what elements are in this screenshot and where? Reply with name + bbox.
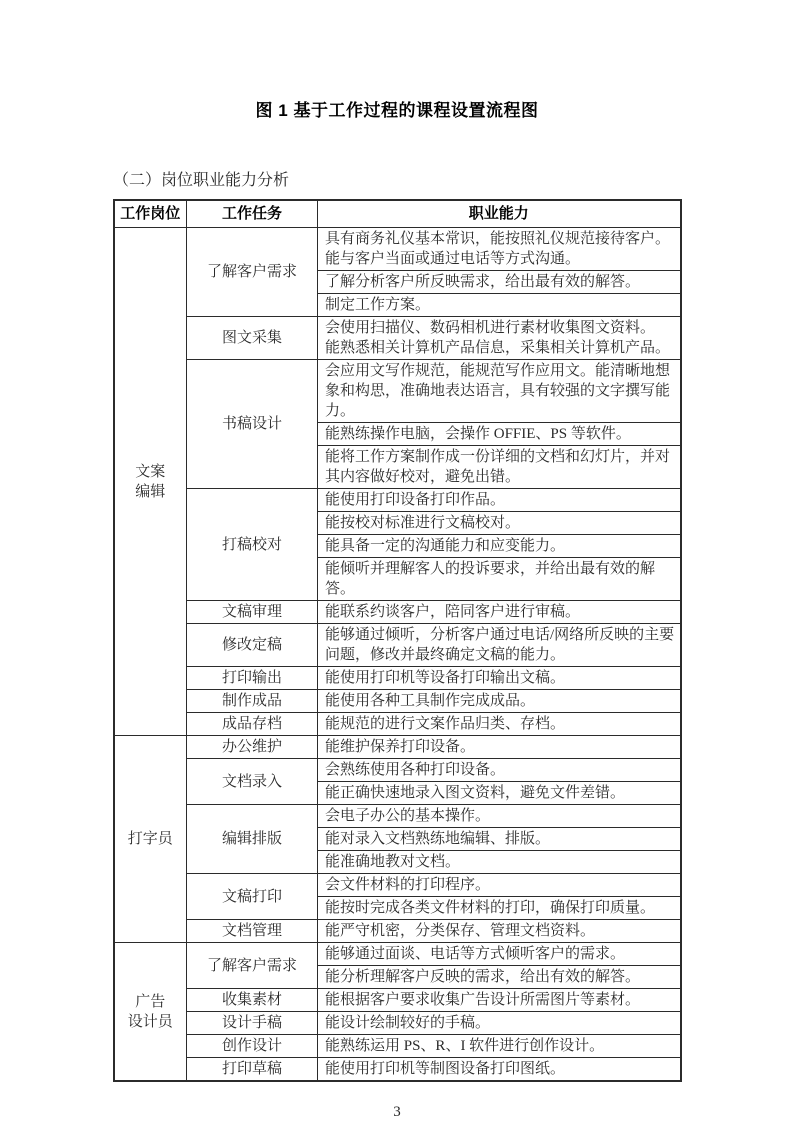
task-cell: 创作设计 (187, 1035, 318, 1058)
ability-cell: 具有商务礼仪基本常识，能按照礼仪规范接待客户。能与客户当面或通过电话等方式沟通。 (318, 228, 681, 271)
table-header-row: 工作岗位 工作任务 职业能力 (114, 200, 681, 228)
ability-cell: 能够通过倾听，分析客户通过电话/网络所反映的主要问题，修改并最终确定文稿的能力。 (318, 624, 681, 667)
task-cell: 成品存档 (187, 713, 318, 736)
figure-caption: 图 1 基于工作过程的课程设置流程图 (0, 0, 794, 121)
document-page: 图 1 基于工作过程的课程设置流程图 （二）岗位职业能力分析 工作岗位 工作任务… (0, 0, 794, 1123)
task-cell: 收集素材 (187, 989, 318, 1012)
ability-cell: 能倾听并理解客人的投诉要求，并给出最有效的解 答。 (318, 558, 681, 601)
col-header-task: 工作任务 (187, 200, 318, 228)
task-cell: 图文采集 (187, 317, 318, 360)
col-header-position: 工作岗位 (114, 200, 187, 228)
table-row: 书稿设计会应用文写作规范，能规范写作应用文。能清晰地想象和构思，准确地表达语言，… (114, 360, 681, 423)
table-row: 文稿审理能联系约谈客户，陪同客户进行审稿。 (114, 601, 681, 624)
ability-cell: 能正确快速地录入图文资料，避免文件差错。 (318, 782, 681, 805)
table-row: 文档录入会熟练使用各种打印设备。 (114, 759, 681, 782)
task-cell: 文档录入 (187, 759, 318, 805)
table-row: 收集素材能根据客户要求收集广告设计所需图片等素材。 (114, 989, 681, 1012)
ability-cell: 能维护保养打印设备。 (318, 736, 681, 759)
ability-cell: 能使用打印机等设备打印输出文稿。 (318, 667, 681, 690)
ability-cell: 能对录入文档熟练地编辑、排版。 (318, 828, 681, 851)
position-cell: 广告 设计员 (114, 943, 187, 1082)
ability-cell: 能按时完成各类文件材料的打印，确保打印质量。 (318, 897, 681, 920)
task-cell: 了解客户需求 (187, 228, 318, 317)
table-row: 广告 设计员了解客户需求能够通过面谈、电话等方式倾听客户的需求。 (114, 943, 681, 966)
ability-cell: 能熟练运用 PS、R、I 软件进行创作设计。 (318, 1035, 681, 1058)
ability-cell: 能够通过面谈、电话等方式倾听客户的需求。 (318, 943, 681, 966)
ability-cell: 能设计绘制较好的手稿。 (318, 1012, 681, 1035)
table-body: 文案 编辑了解客户需求具有商务礼仪基本常识，能按照礼仪规范接待客户。能与客户当面… (114, 228, 681, 1082)
table-row: 打印草稿能使用打印机等制图设备打印图纸。 (114, 1058, 681, 1082)
ability-cell: 能按校对标准进行文稿校对。 (318, 512, 681, 535)
ability-cell: 能熟练操作电脑，会操作 OFFIE、PS 等软件。 (318, 423, 681, 446)
ability-cell: 会应用文写作规范，能规范写作应用文。能清晰地想象和构思，准确地表达语言，具有较强… (318, 360, 681, 423)
ability-cell: 制定工作方案。 (318, 294, 681, 317)
table-row: 创作设计能熟练运用 PS、R、I 软件进行创作设计。 (114, 1035, 681, 1058)
task-cell: 制作成品 (187, 690, 318, 713)
table-row: 文稿打印会文件材料的打印程序。 (114, 874, 681, 897)
task-cell: 书稿设计 (187, 360, 318, 489)
position-cell: 文案 编辑 (114, 228, 187, 736)
table-row: 文案 编辑了解客户需求具有商务礼仪基本常识，能按照礼仪规范接待客户。能与客户当面… (114, 228, 681, 271)
task-cell: 文稿审理 (187, 601, 318, 624)
task-cell: 办公维护 (187, 736, 318, 759)
table-row: 编辑排版会电子办公的基本操作。 (114, 805, 681, 828)
task-cell: 文档管理 (187, 920, 318, 943)
table-row: 修改定稿能够通过倾听，分析客户通过电话/网络所反映的主要问题，修改并最终确定文稿… (114, 624, 681, 667)
table-row: 设计手稿能设计绘制较好的手稿。 (114, 1012, 681, 1035)
ability-cell: 了解分析客户所反映需求，给出最有效的解答。 (318, 271, 681, 294)
page-number: 3 (0, 1104, 794, 1121)
ability-cell: 会电子办公的基本操作。 (318, 805, 681, 828)
ability-cell: 能具备一定的沟通能力和应变能力。 (318, 535, 681, 558)
ability-cell: 能规范的进行文案作品归类、存档。 (318, 713, 681, 736)
ability-cell: 能准确地教对文档。 (318, 851, 681, 874)
table-row: 图文采集会使用扫描仪、数码相机进行素材收集图文资料。 能熟悉相关计算机产品信息，… (114, 317, 681, 360)
table-row: 打印输出能使用打印机等设备打印输出文稿。 (114, 667, 681, 690)
ability-cell: 会使用扫描仪、数码相机进行素材收集图文资料。 能熟悉相关计算机产品信息，采集相关… (318, 317, 681, 360)
table-row: 打稿校对能使用打印设备打印作品。 (114, 489, 681, 512)
job-ability-table: 工作岗位 工作任务 职业能力 文案 编辑了解客户需求具有商务礼仪基本常识，能按照… (113, 199, 682, 1082)
task-cell: 编辑排版 (187, 805, 318, 874)
ability-cell: 能使用各种工具制作完成成品。 (318, 690, 681, 713)
col-header-ability: 职业能力 (318, 200, 681, 228)
task-cell: 打印草稿 (187, 1058, 318, 1082)
task-cell: 打印输出 (187, 667, 318, 690)
ability-cell: 能严守机密，分类保存、管理文档资料。 (318, 920, 681, 943)
task-cell: 打稿校对 (187, 489, 318, 601)
table-row: 文档管理能严守机密，分类保存、管理文档资料。 (114, 920, 681, 943)
task-cell: 了解客户需求 (187, 943, 318, 989)
table-row: 制作成品能使用各种工具制作完成成品。 (114, 690, 681, 713)
ability-cell: 能将工作方案制作成一份详细的文档和幻灯片，并对其内容做好校对，避免出错。 (318, 446, 681, 489)
ability-cell: 能使用打印设备打印作品。 (318, 489, 681, 512)
ability-cell: 会文件材料的打印程序。 (318, 874, 681, 897)
table-row: 打字员办公维护能维护保养打印设备。 (114, 736, 681, 759)
task-cell: 设计手稿 (187, 1012, 318, 1035)
ability-cell: 能分析理解客户反映的需求，给出有效的解答。 (318, 966, 681, 989)
position-cell: 打字员 (114, 736, 187, 943)
ability-cell: 能使用打印机等制图设备打印图纸。 (318, 1058, 681, 1082)
task-cell: 修改定稿 (187, 624, 318, 667)
section-heading: （二）岗位职业能力分析 (113, 167, 794, 190)
ability-cell: 会熟练使用各种打印设备。 (318, 759, 681, 782)
ability-cell: 能根据客户要求收集广告设计所需图片等素材。 (318, 989, 681, 1012)
table-row: 成品存档能规范的进行文案作品归类、存档。 (114, 713, 681, 736)
ability-cell: 能联系约谈客户，陪同客户进行审稿。 (318, 601, 681, 624)
task-cell: 文稿打印 (187, 874, 318, 920)
